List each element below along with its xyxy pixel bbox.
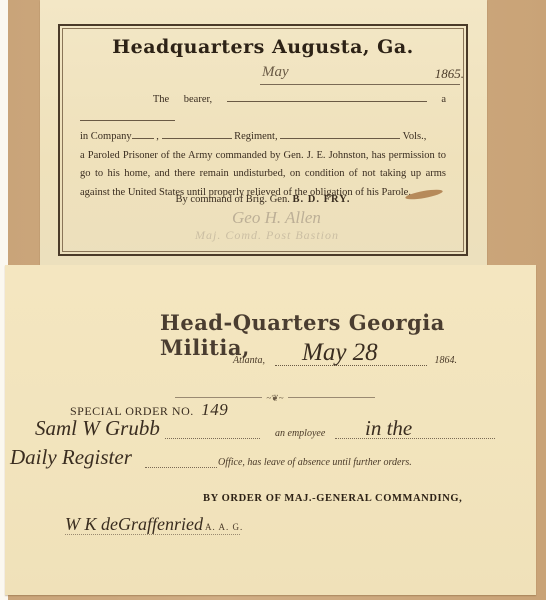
by-order-line: BY ORDER OF MAJ.-GENERAL COMMANDING,: [203, 493, 462, 504]
place-date-line: Atlanta, May 28 1864.: [227, 351, 457, 369]
parole-date: May 1865.: [260, 68, 460, 85]
date-year: 1864.: [435, 355, 458, 366]
regiment-number-blank: [162, 128, 232, 139]
employee-position: in the: [365, 416, 412, 441]
bearer-line: The bearer, a: [80, 91, 446, 128]
company-line: in Company , Regiment, Vols.,: [80, 128, 446, 147]
signature-dots: [65, 534, 240, 535]
parole-document: Headquarters Augusta, Ga. May 1865. The …: [40, 0, 487, 268]
employee-dots: [335, 438, 495, 439]
rank-blank: [80, 110, 175, 121]
place: Atlanta,: [233, 355, 265, 366]
parole-heading: Headquarters Augusta, Ga.: [60, 36, 466, 58]
parole-body: The bearer, a in Company , Regiment, Vol…: [80, 91, 446, 202]
bearer-blank: [227, 91, 427, 102]
date-year: 1865.: [435, 66, 464, 82]
special-order-number: 149: [201, 400, 228, 419]
employee-name: Saml W Grubb: [35, 416, 160, 441]
office-name: Daily Register: [10, 445, 132, 470]
handwritten-date: May 28: [302, 339, 378, 367]
company-blank: [132, 128, 154, 139]
office-line: Daily Register Office, has leave of abse…: [35, 451, 481, 473]
adjutant-signature: W K deGraffenriedA. A. G.: [65, 514, 243, 535]
faint-signature-title: Maj. Comd. Post Bastion: [195, 228, 339, 243]
office-dots: [145, 467, 217, 468]
faint-signature: Geo H. Allen: [232, 208, 321, 228]
name-dots: [165, 438, 260, 439]
employee-line: Saml W Grubb an employee in the: [35, 422, 481, 444]
date-month: May: [262, 64, 289, 81]
ornament-divider: ~❦~: [175, 389, 375, 398]
special-order-document: Head-Quarters Georgia Militia, Atlanta, …: [5, 265, 536, 595]
state-blank: [280, 128, 400, 139]
